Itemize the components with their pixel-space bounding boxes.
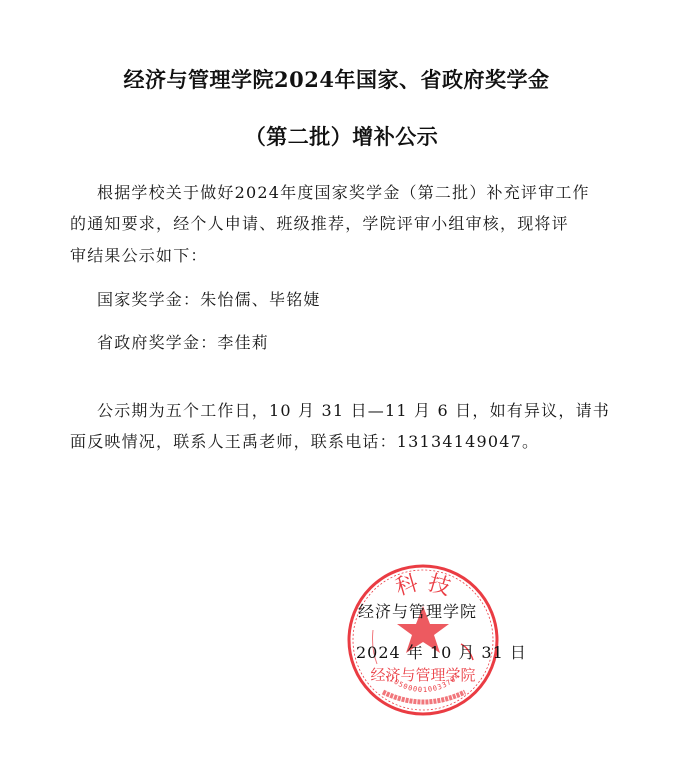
notice-period-line-2: 面反映情况，联系人王禹老师，联系电话：13134149047。 [70, 429, 539, 452]
document-page: 经济与管理学院2024年国家、省政府奖学金 （第二批）增补公示 根据学校关于做好… [0, 0, 673, 772]
signature-date: 2024 年 10 月 31 日 [356, 640, 527, 663]
document-title-line-1: 经济与管理学院2024年国家、省政府奖学金 [0, 64, 673, 94]
national-scholarship-recipients: 国家奖学金：朱怡儒、毕铭婕 [97, 287, 321, 310]
body-paragraph-line-1: 根据学校关于做好2024年度国家奖学金（第二批）补充评审工作 [97, 180, 590, 203]
provincial-scholarship-recipients: 省政府奖学金：李佳莉 [97, 330, 269, 353]
body-paragraph-line-2: 的通知要求，经个人申请、班级推荐，学院评审小组审核，现将评 [70, 211, 569, 234]
body-paragraph-line-3: 审结果公示如下： [70, 243, 208, 266]
svg-text:科 技: 科 技 [393, 571, 453, 601]
document-title-line-2: （第二批）增补公示 [0, 121, 673, 151]
notice-period-line-1: 公示期为五个工作日，10 月 31 日—11 月 6 日，如有异议，请书 [97, 398, 610, 421]
svg-text:经济与管理学院: 经济与管理学院 [370, 666, 475, 684]
signature-organization: 经济与管理学院 [358, 599, 477, 622]
